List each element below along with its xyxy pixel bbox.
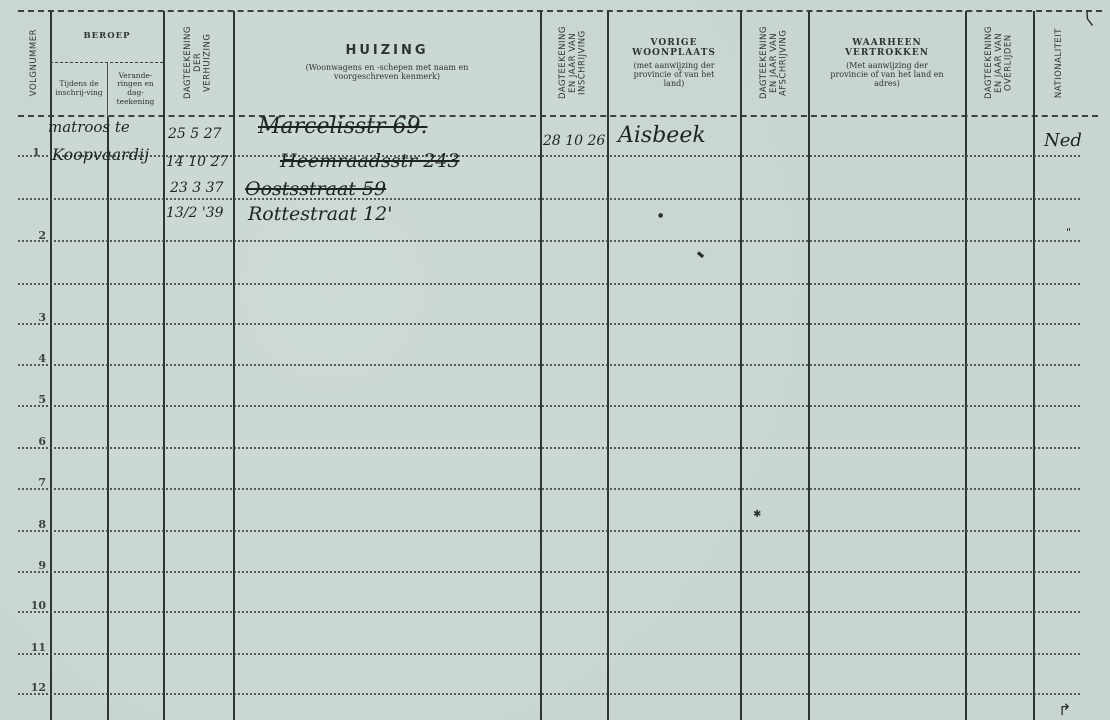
beroep-line1: matroos te xyxy=(48,118,130,136)
row-rule xyxy=(18,364,1080,366)
header-nationaliteit: NATIONALITEIT xyxy=(1035,12,1085,114)
row-number: 3 xyxy=(22,311,46,324)
corner-mark: ↱ xyxy=(1058,700,1071,719)
row-rule xyxy=(18,653,1080,655)
header-waarheen-vertrokken: WAARHEEN VERTROKKEN (Met aanwijzing der … xyxy=(810,12,964,114)
inschrijving-date: 28 10 26 xyxy=(543,133,605,149)
row-rule xyxy=(18,447,1080,449)
row-number: 2 xyxy=(22,229,46,242)
verhuizing-date: 14 10 27 xyxy=(166,154,228,170)
ink-spot: ▬ xyxy=(694,248,707,261)
verhuizing-date: 23 3 37 xyxy=(170,180,223,196)
ink-spot: ✱ xyxy=(753,509,761,520)
row-number: 12 xyxy=(22,681,46,694)
nationaliteit-value: Ned xyxy=(1044,130,1082,151)
row-number: 7 xyxy=(22,476,46,489)
row-rule xyxy=(18,240,1080,242)
header-vorige-woonplaats: VORIGE WOONPLAATS (met aanwijzing der pr… xyxy=(609,12,739,114)
row-number: 9 xyxy=(22,559,46,572)
address-struck: Heemraadsstr 243 xyxy=(280,150,460,172)
row-rule xyxy=(18,530,1080,532)
row-rule xyxy=(18,571,1080,573)
row-number: 10 xyxy=(22,599,46,612)
ditto-mark: " xyxy=(1066,226,1071,239)
address-struck: Marcelisstr 69. xyxy=(258,114,428,139)
column-divider xyxy=(107,117,109,720)
row-rule xyxy=(18,693,1080,695)
row-rule xyxy=(18,611,1080,613)
registration-card: VOLGNUMMER BEROEP Tijdens de inschrij-vi… xyxy=(0,0,1110,720)
header-rule xyxy=(18,115,1098,117)
row-rule xyxy=(18,198,1080,200)
ink-spot: ● xyxy=(658,212,663,219)
verhuizing-date: 13/2 '39 xyxy=(166,205,224,221)
header-beroep-veranderingen: Verande-ringen en dag-teekening xyxy=(109,64,162,114)
address-current: Rottestraat 12' xyxy=(248,203,392,225)
header-dagteekening-overlijden: DAGTEEKENING EN JAAR VAN OVERLIJDEN xyxy=(967,12,1032,114)
address-struck: Oostsstraat 59 xyxy=(245,178,386,200)
verhuizing-date: 25 5 27 xyxy=(168,126,221,142)
beroep-line2: Koopvaardij xyxy=(52,145,149,164)
row-number: 11 xyxy=(22,641,46,654)
header-volgnummer: VOLGNUMMER xyxy=(20,12,50,114)
vorige-woonplaats: Aisbeek xyxy=(618,123,706,148)
row-rule xyxy=(18,405,1080,407)
row-rule xyxy=(18,323,1080,325)
header-dagteekening-afschrijving: DAGTEEKENING EN JAAR VAN AFSCHRIJVING xyxy=(742,12,807,114)
row-rule xyxy=(18,488,1080,490)
header-dagteekening-inschrijving: DAGTEEKENING EN JAAR VAN INSCHRIJVING xyxy=(542,12,606,114)
row-number: 4 xyxy=(22,352,46,365)
header-beroep: BEROEP xyxy=(52,14,162,60)
row-number: 8 xyxy=(22,518,46,531)
header-beroep-tijdens: Tijdens de inschrij-ving xyxy=(52,64,106,114)
header-dagteekening-verhuizing: DAGTEEKENING DER VERHUIZING xyxy=(165,12,232,114)
row-rule xyxy=(18,283,1080,285)
header-huizing: HUIZING (Woonwagens en -schepen met naam… xyxy=(235,12,539,114)
row-number: 1 xyxy=(18,146,40,159)
row-number: 5 xyxy=(22,393,46,406)
beroep-subheader-rule xyxy=(50,62,163,63)
row-number: 6 xyxy=(22,435,46,448)
